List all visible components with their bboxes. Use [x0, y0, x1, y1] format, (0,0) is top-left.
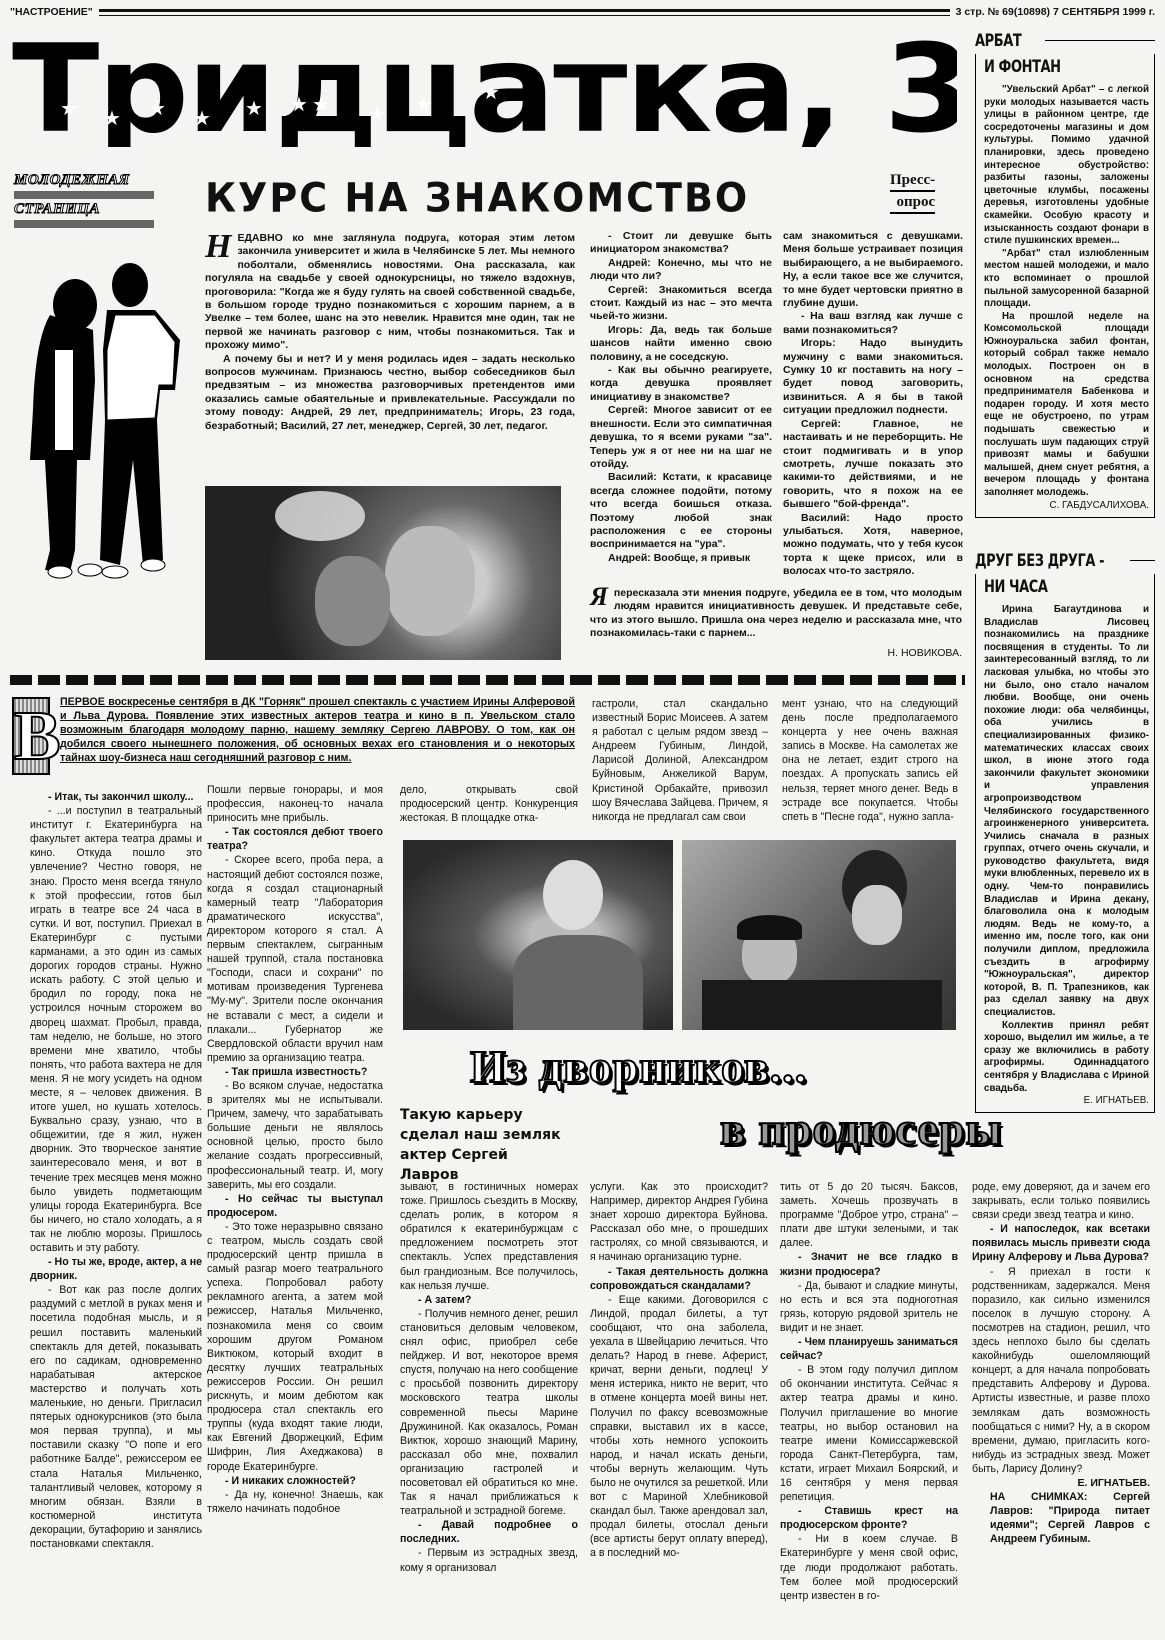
- issue-info: 3 стр. № 69(10898) 7 СЕНТЯБРЯ 1999 г.: [956, 6, 1155, 18]
- paragraph: тить от 5 до 20 тысяч. Баксов, заметь. Х…: [780, 1180, 958, 1250]
- question: - Ставишь крест на продюсерском фронте?: [780, 1504, 958, 1532]
- speaker-name: Сергей:: [801, 418, 841, 430]
- sidebar-title-line2: НИ ЧАСА: [984, 574, 1124, 600]
- article2-title-line2: в продюсеры: [720, 1102, 1002, 1155]
- article2-col1: - Итак, ты закончил школу...- ...и посту…: [30, 790, 202, 1551]
- article2-col5-top: мент узнаю, что на следующий день после …: [782, 697, 958, 824]
- article2-col3-bottom: зывают, в гостиничных номерах тоже. Приш…: [400, 1180, 578, 1575]
- drop-cap: Я: [590, 587, 608, 607]
- masthead-title: Тридцатка, 3: [12, 33, 957, 147]
- body-shape: [513, 935, 643, 1030]
- question: - Но сейчас ты выступал продюсером.: [207, 1192, 383, 1220]
- article2-col3-top: дело, открывать свой продюсерский центр.…: [400, 783, 578, 825]
- article1-headline: КУРС НА ЗНАКОМСТВО: [205, 175, 749, 221]
- paragraph: Андрей: Вообще, я привык: [590, 552, 772, 565]
- author-signature: Н. НОВИКОВА.: [590, 647, 962, 660]
- paragraph: На прошлой неделе на Комсомольской площа…: [984, 311, 1149, 500]
- question: - Как вы обычно реагируете, когда девушк…: [590, 364, 772, 404]
- paragraph: - Это тоже неразрывно связано с театром,…: [207, 1220, 383, 1474]
- speaker-name: Игорь:: [801, 337, 836, 349]
- question: - Так состоялся дебют твоего театра?: [207, 825, 383, 853]
- paragraph: - Вот как раз после долгих раздумий с ме…: [30, 1283, 202, 1551]
- paragraph: Коллектив принял ребят хорошо, выделил и…: [984, 1020, 1149, 1096]
- col6-body: роде, ему доверяют, да и зачем его закры…: [972, 1180, 1150, 1476]
- photo-caption: НА СНИМКАХ: Сергей Лавров: "Природа пита…: [972, 1490, 1150, 1546]
- article2-col6-bottom: роде, ему доверяют, да и зачем его закры…: [972, 1180, 1150, 1546]
- paragraph: - Да ну, конечно! Знаешь, как тяжело нач…: [207, 1488, 383, 1516]
- paragraph: - Я приехал в гости к родственникам, зад…: [972, 1265, 1150, 1476]
- speaker-name: Сергей:: [608, 284, 648, 296]
- children-kiss-photo: [205, 486, 561, 660]
- question: - А затем?: [400, 1293, 578, 1307]
- paragraph: - В этом году получил диплом об окончани…: [780, 1363, 958, 1504]
- speaker-name: Игорь:: [608, 324, 643, 336]
- paragraph: "Увельский Арбат" – с легкой руки молоды…: [984, 84, 1149, 248]
- speaker-name: Андрей:: [608, 257, 651, 269]
- author-signature: С. ГАБДУСАЛИХОВА.: [984, 500, 1149, 511]
- article1-closing: Я пересказала эти мнения подруге, убедил…: [590, 587, 962, 660]
- paragraph: - Скорее всего, проба пера, а настоящий …: [207, 853, 383, 1064]
- question: - Значит не все гладко в жизни продюсера…: [780, 1250, 958, 1278]
- boy-face: [385, 526, 475, 636]
- paragraph: Игорь: Надо вынудить мужчину с вами знак…: [783, 337, 963, 417]
- section-label-line1: МОЛОДЕЖНАЯ: [14, 172, 154, 189]
- sidebar-drug: ДРУГ БЕЗ ДРУГА - НИ ЧАСА Ирина Багаутдин…: [975, 548, 1155, 1113]
- section-label-line2: СТРАНИЦА: [14, 201, 154, 218]
- bow-shape: [275, 491, 365, 541]
- author-signature: Е. ИГНАТЬЕВ.: [972, 1476, 1150, 1490]
- speaker-name: Сергей:: [608, 404, 648, 416]
- article1-intro: Н ЕДАВНО ко мне заглянула подруга, котор…: [205, 232, 575, 433]
- sidebar-title-line1: ДРУГ БЕЗ ДРУГА -: [975, 548, 1128, 574]
- sergey-lavrov-photo: [403, 840, 673, 1030]
- paragraph: Ирина Багаутдинова и Владислав Лисовец п…: [984, 604, 1149, 1020]
- rubric-line2: опрос: [890, 192, 935, 214]
- sidebar-title-line1: АРБАТ: [975, 28, 1128, 54]
- paragraph: Василий: Кстати, к красавице всегда слож…: [590, 471, 772, 551]
- article2-col4-bottom: услуги. Как это происходит? Например, ди…: [590, 1180, 768, 1561]
- paragraph: - Да, бывают и сладкие минуты, но есть и…: [780, 1279, 958, 1335]
- paragraph: - Получив немного денег, решил становить…: [400, 1307, 578, 1518]
- question: - И никаких сложностей?: [207, 1474, 383, 1488]
- sidebar-body: "Увельский Арбат" – с легкой руки молоды…: [984, 84, 1149, 500]
- question: - Но ты же, вроде, актер, а не дворник.: [30, 1255, 202, 1283]
- page-header: "НАСТРОЕНИЕ" 3 стр. № 69(10898) 7 СЕНТЯБ…: [10, 4, 1155, 20]
- article2-lead: ПЕРВОЕ воскресенье сентября в ДК "Горняк…: [60, 695, 575, 765]
- question: - Давай подробнее о последних.: [400, 1518, 578, 1546]
- question: - Такая деятельность должна сопровождать…: [590, 1265, 768, 1293]
- sidebar-top-rule: [1130, 560, 1155, 561]
- article2-col4-top: гастроли, стал скандально известный Бори…: [592, 697, 768, 824]
- article1-col-b: сам знакомиться с девушками. Меня больше…: [783, 230, 963, 579]
- question: - На ваш взгляд как лучше с вами познако…: [783, 310, 963, 337]
- speaker-name: Василий:: [801, 512, 850, 524]
- question: - Чем планируешь заниматься сейчас?: [780, 1335, 958, 1363]
- paragraph: А почему бы и нет? И у меня родилась иде…: [205, 353, 575, 433]
- section-label-bar: [14, 191, 154, 199]
- paragraph: Игорь: Да, ведь так больше шансов найти …: [590, 324, 772, 364]
- paragraph: "Арбат" стал излюбленным местом нашей мо…: [984, 248, 1149, 311]
- paragraph: - Ни в коем случае. В Екатеринбурге у ме…: [780, 1532, 958, 1602]
- closing-text: пересказала эти мнения подруге, убедила …: [590, 587, 962, 639]
- article2-col2: Пошли первые гонорары, и моя профессия, …: [207, 783, 383, 1516]
- paragraph: - ...и поступил в театральный институт г…: [30, 804, 202, 1255]
- clothes-shape: [702, 980, 942, 1030]
- cap-shape: [737, 915, 802, 940]
- article2-subtitle: Такую карьеру сделал наш земляк актер Се…: [400, 1105, 570, 1185]
- section-label: МОЛОДЕЖНАЯ СТРАНИЦА: [14, 172, 154, 230]
- rubric-line1: Пресс-: [890, 170, 935, 192]
- article2-col5-bottom: тить от 5 до 20 тысяч. Баксов, заметь. Х…: [780, 1180, 958, 1603]
- lead-drop-cap: В: [12, 697, 50, 775]
- head-shape: [543, 860, 603, 930]
- paragraph: ЕДАВНО ко мне заглянула подруга, которая…: [205, 232, 575, 353]
- couple-silhouette-image: [15, 260, 190, 590]
- paragraph: зывают, в гостиничных номерах тоже. Приш…: [400, 1180, 578, 1293]
- paragraph: сам знакомиться с девушками. Меня больше…: [783, 230, 963, 310]
- sidebar-arbat: АРБАТ И ФОНТАН "Увельский Арбат" – с лег…: [975, 28, 1155, 518]
- paragraph: Сергей: Главное, не настаивать и не пере…: [783, 418, 963, 512]
- question: - И напоследок, как всетаки появилась мы…: [972, 1222, 1150, 1264]
- question: - Итак, ты закончил школу...: [30, 790, 202, 804]
- paragraph: - Первым из эстрадных звезд, кому я орга…: [400, 1546, 578, 1574]
- speaker-name: Василий:: [608, 471, 657, 483]
- section-divider: [10, 675, 965, 685]
- question: - Так пришла известность?: [207, 1065, 383, 1079]
- paragraph: - Еще какими. Договорился с Линдой, прод…: [590, 1293, 768, 1561]
- masthead-title-text: Тридцатка, 3: [12, 33, 957, 147]
- paper-name: "НАСТРОЕНИЕ": [10, 6, 93, 18]
- paragraph: Сергей: Многое зависит от ее внешности. …: [590, 404, 772, 471]
- author-signature: Е. ИГНАТЬЕВ.: [984, 1095, 1149, 1106]
- girl-face: [315, 556, 390, 646]
- sidebar-title-line2: И ФОНТАН: [984, 54, 1124, 80]
- paragraph: Пошли первые гонорары, и моя профессия, …: [207, 783, 383, 825]
- drop-cap: Н: [205, 232, 231, 262]
- article1-col-a: - Стоит ли девушке быть инициатором знак…: [590, 230, 772, 565]
- paragraph: Василий: Надо просто улыбаться. Хотя, на…: [783, 512, 963, 579]
- question: - Стоит ли девушке быть инициатором знак…: [590, 230, 772, 257]
- article1-rubric: Пресс- опрос: [890, 170, 935, 214]
- face-shape: [852, 885, 902, 945]
- lavrov-and-gubin-photo: [682, 840, 956, 1030]
- speaker-name: Андрей:: [608, 552, 651, 564]
- header-rule: [99, 9, 950, 16]
- paragraph: услуги. Как это происходит? Например, ди…: [590, 1180, 768, 1265]
- sidebar-body: Ирина Багаутдинова и Владислав Лисовец п…: [984, 604, 1149, 1095]
- article2-title-line1: Из дворников...: [470, 1040, 807, 1093]
- section-label-bar: [14, 220, 154, 228]
- paragraph: Сергей: Знакомиться всегда стоит. Каждый…: [590, 284, 772, 324]
- paragraph: роде, ему доверяют, да и зачем его закры…: [972, 1180, 1150, 1222]
- paragraph: Андрей: Конечно, мы что не люди что ли?: [590, 257, 772, 284]
- paragraph: - Во всяком случае, недостатка в зрителя…: [207, 1079, 383, 1192]
